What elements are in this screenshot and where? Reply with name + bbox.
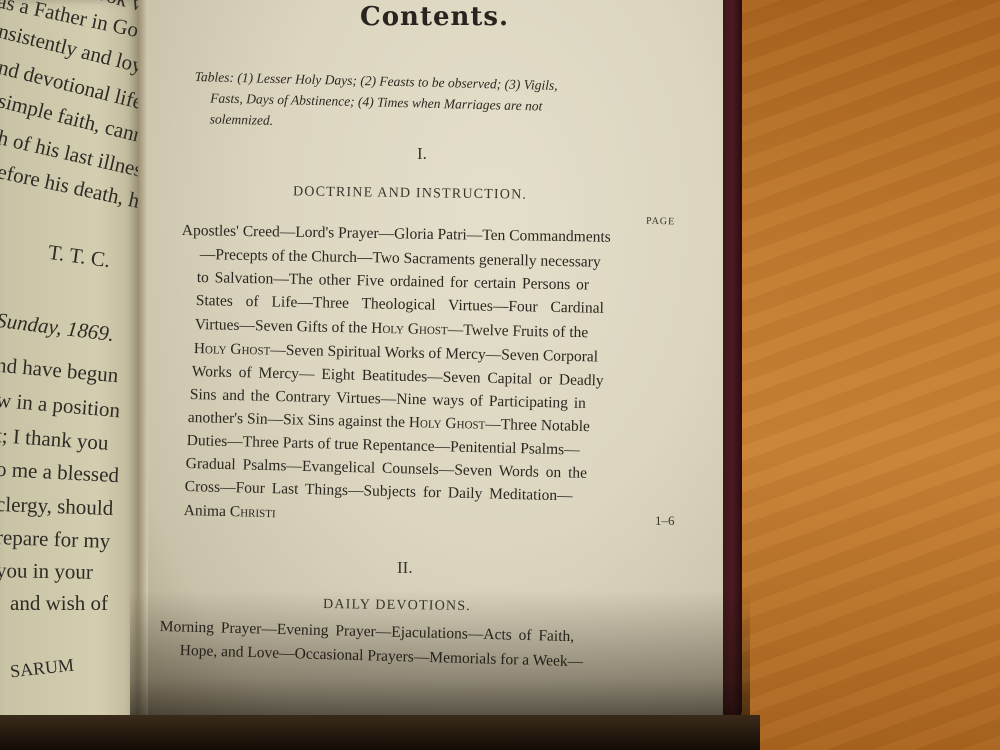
left-page-line: nd have begun <box>0 353 119 389</box>
left-page-date: Sunday, 1869. <box>0 308 116 347</box>
book-photo: he book was held as a Father in God, nsi… <box>0 0 1000 750</box>
section-heading: Doctrine and Instruction. <box>293 184 527 203</box>
page-title: Contents. <box>360 2 509 32</box>
page-column-label: PAGE <box>646 216 675 228</box>
section-heading: Daily Devotions. <box>323 597 471 615</box>
left-page-line: o me a blessed <box>0 457 120 488</box>
left-page-line: t; I thank you <box>0 423 109 456</box>
signature-initials: T. T. C. <box>47 240 112 273</box>
tables-note: Tables: (1) Lesser Holy Days; (2) Feasts… <box>193 66 684 141</box>
left-page-line: w in a position <box>0 388 121 424</box>
left-page-signature: SARUM <box>9 655 75 683</box>
left-page-line: clergy, should <box>0 492 114 521</box>
book-bottom-shadow <box>0 715 760 750</box>
left-page-line: repare for my <box>0 525 111 554</box>
left-page-line: you in your <box>0 558 93 585</box>
section-numeral: I. <box>417 144 427 164</box>
wooden-table <box>740 0 1000 750</box>
contents-entry-line: Anima Christi <box>184 502 276 522</box>
page-range: 1–6 <box>655 513 675 529</box>
section-numeral: II. <box>397 558 413 578</box>
left-page-line: and wish of <box>10 591 108 616</box>
left-page: he book was held as a Father in God, nsi… <box>0 0 140 725</box>
